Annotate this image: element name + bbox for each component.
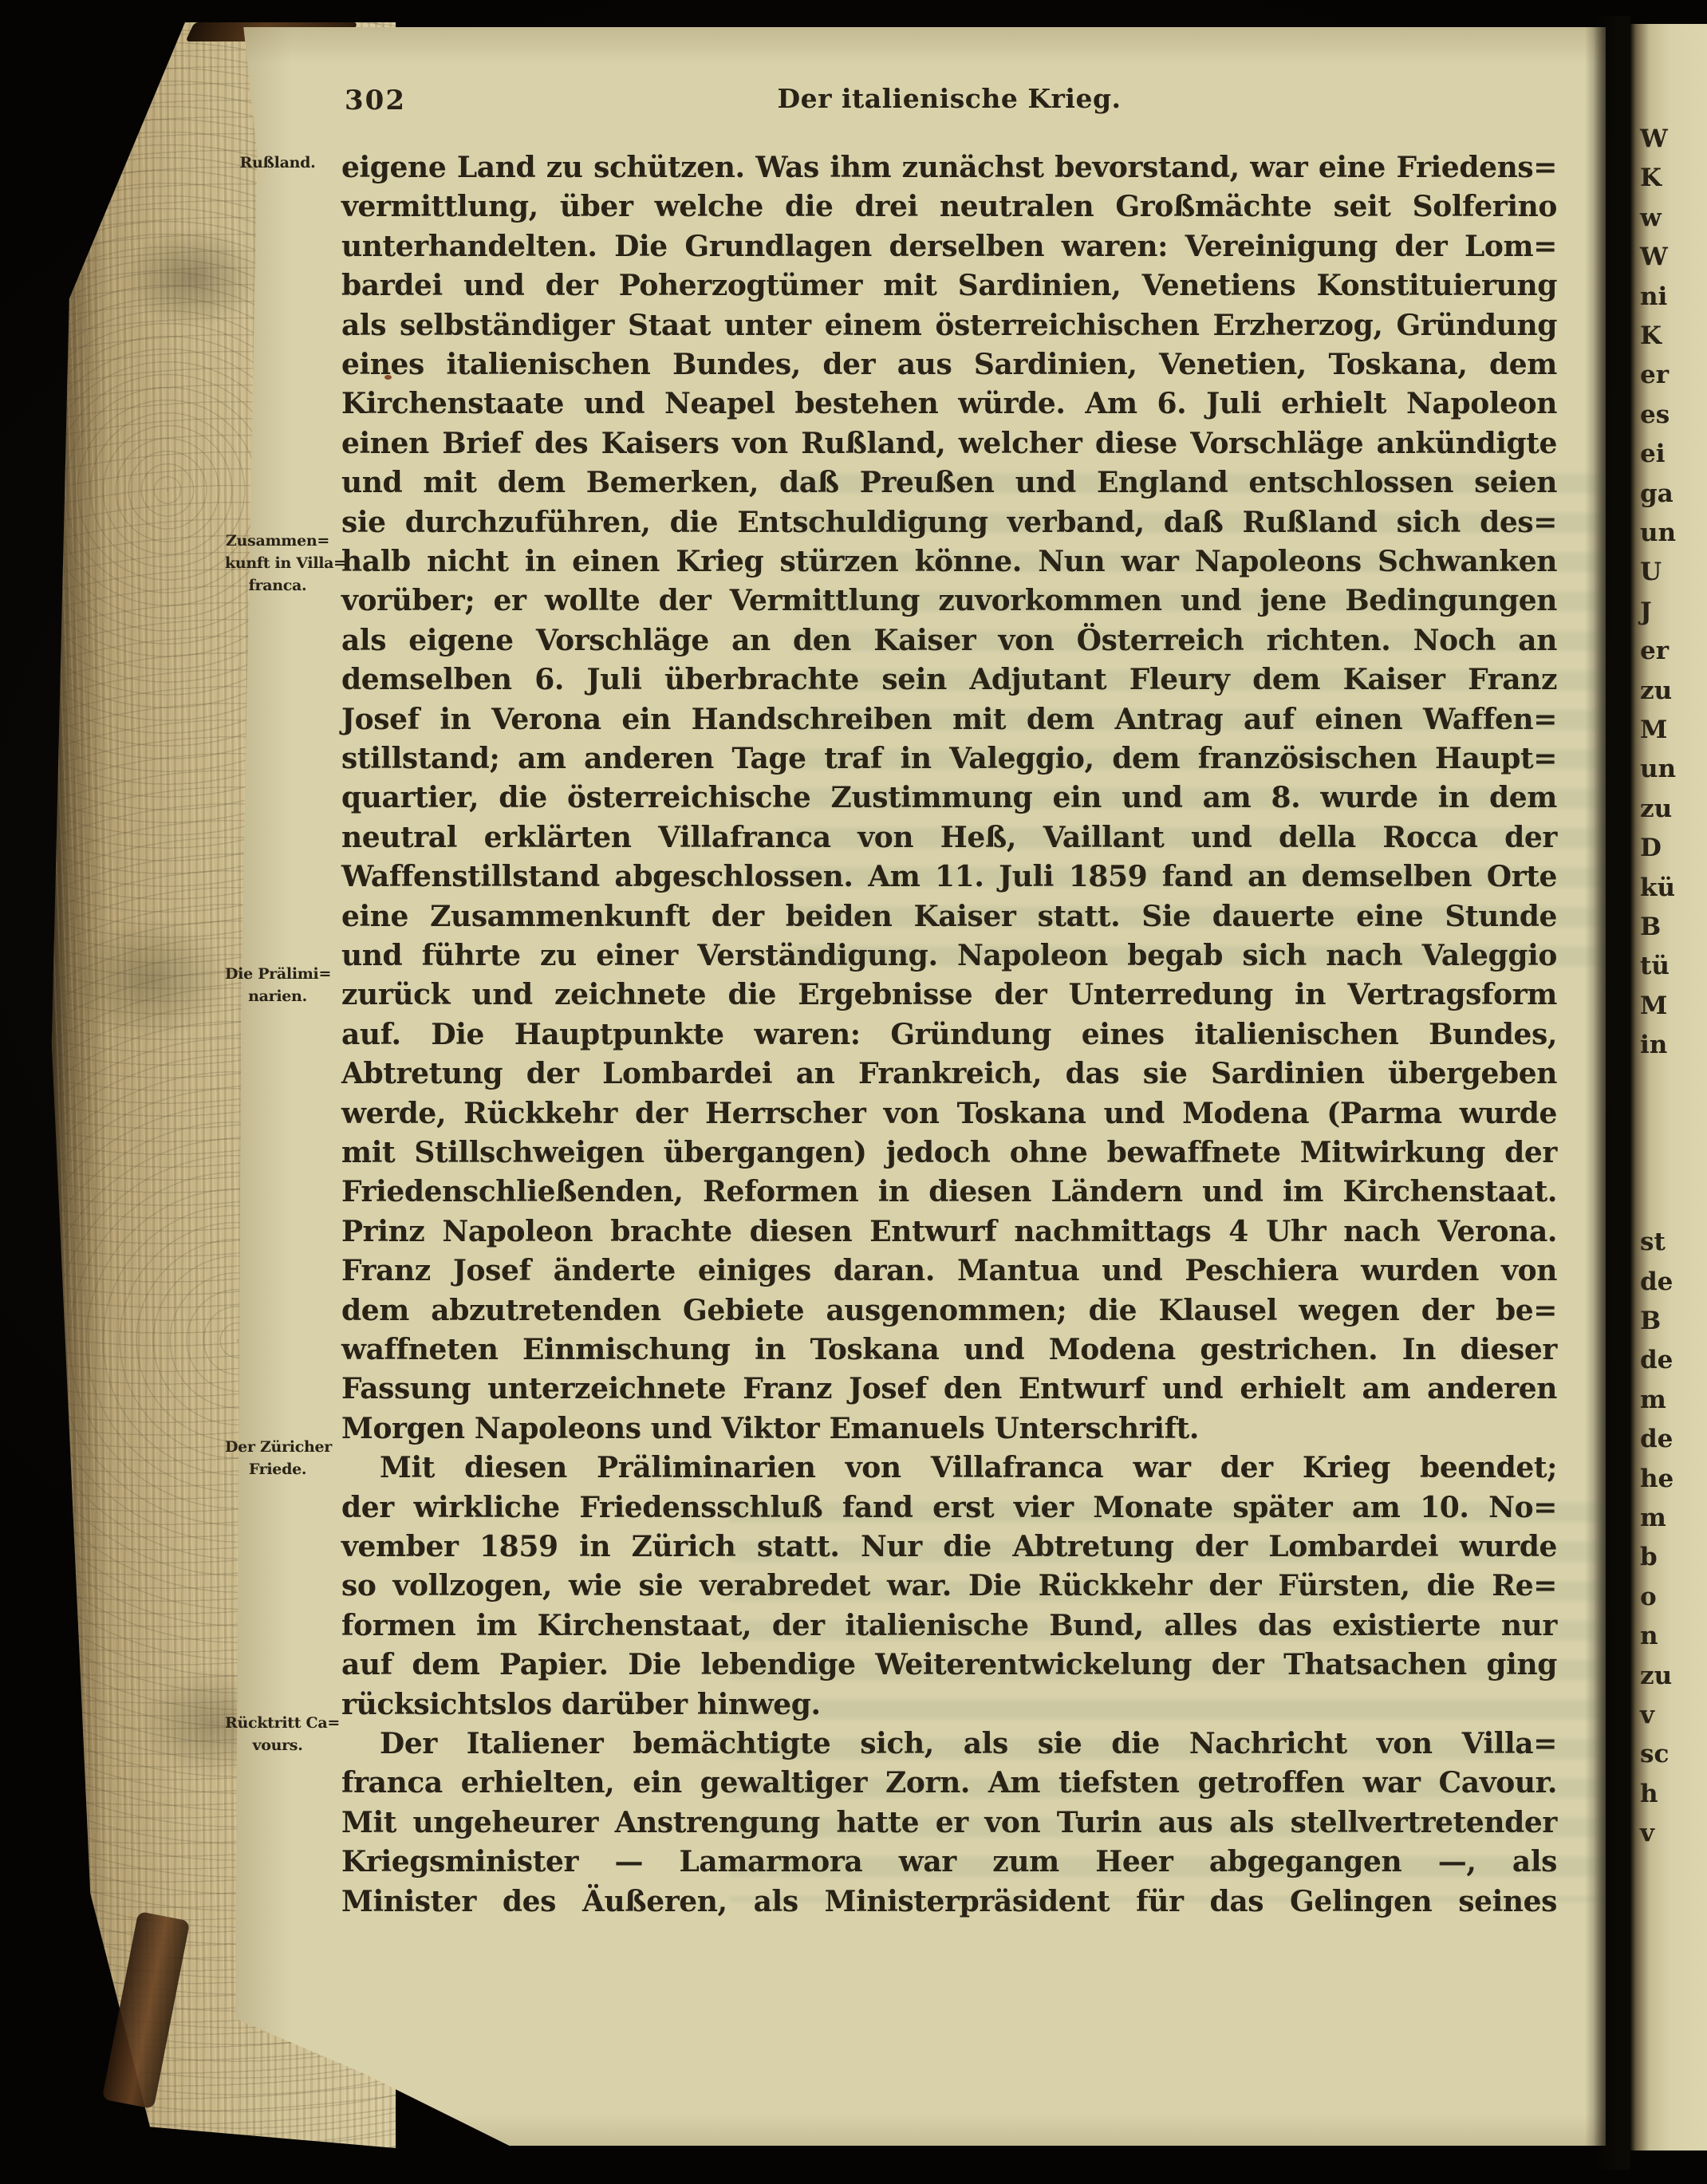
body-line: dem abzutretenden Gebiete ausgenommen; d… — [341, 1291, 1557, 1331]
body-line: Der Italiener bemächtigte sich, als sie … — [341, 1725, 1557, 1764]
facing-line-fragment: B — [1640, 908, 1661, 947]
body-line: halb nicht in einen Krieg stürzen könne.… — [341, 542, 1557, 581]
body-line: quartier, die österreichische Zustimmung… — [341, 779, 1557, 818]
margin-note: Rußland. — [225, 152, 330, 174]
body-line: vorüber; er wollte der Vermittlung zuvor… — [341, 581, 1557, 621]
facing-line-fragment: zu — [1640, 1657, 1672, 1696]
book-scan: 302 Der italienische Krieg. Rußland.Zusa… — [0, 0, 1707, 2184]
body-line: so vollzogen, wie sie verabredet war. Di… — [341, 1567, 1557, 1606]
body-line: der wirkliche Friedensschluß fand erst v… — [341, 1488, 1557, 1528]
body-line: Franz Josef änderte einiges daran. Mantu… — [341, 1252, 1557, 1291]
facing-line-fragment: J — [1640, 593, 1652, 632]
facing-line-fragment: U — [1640, 553, 1662, 592]
margin-note: Die Prälimi=narien. — [225, 963, 330, 1007]
facing-line-fragment: W — [1640, 120, 1668, 159]
facing-line-fragment: de — [1640, 1341, 1673, 1380]
facing-line-fragment: m — [1640, 1499, 1666, 1538]
facing-line-fragment: kü — [1640, 869, 1675, 908]
facing-line-fragment: K — [1640, 159, 1662, 198]
margin-note: Rücktritt Ca=vours. — [225, 1712, 330, 1756]
facing-line-fragment: n — [1640, 1617, 1658, 1656]
body-line: Prinz Napoleon brachte diesen Entwurf na… — [341, 1212, 1557, 1252]
margin-note: Der ZüricherFriede. — [225, 1436, 330, 1480]
body-line: demselben 6. Juli überbrachte sein Adjut… — [341, 660, 1557, 700]
body-line: zurück und zeichnete die Ergebnisse der … — [341, 976, 1557, 1015]
facing-line-fragment: o — [1640, 1578, 1657, 1617]
body-line: als selbständiger Staat unter einem öste… — [341, 306, 1557, 345]
facing-line-fragment: D — [1640, 829, 1662, 868]
facing-line-fragment: tü — [1640, 947, 1670, 986]
margin-notes: Rußland.Zusammen=kunft in Villa=franca.D… — [225, 0, 335, 2184]
facing-page-sliver: WKwWniKereseigaunUJerzuMunzuDküBtüMinstd… — [1630, 24, 1707, 2150]
facing-line-fragment: K — [1640, 317, 1662, 356]
body-line: bardei und der Poherzogtümer mit Sardini… — [341, 266, 1557, 306]
facing-line-fragment: W — [1640, 238, 1668, 277]
body-text: eigene Land zu schützen. Was ihm zunächs… — [341, 0, 1557, 2184]
facing-line-fragment: M — [1640, 711, 1667, 750]
body-line: Morgen Napoleons und Viktor Emanuels Unt… — [341, 1409, 1557, 1449]
facing-line-fragment: b — [1640, 1538, 1658, 1577]
facing-line-fragment: un — [1640, 514, 1676, 553]
body-line: auf. Die Hauptpunkte waren: Gründung ein… — [341, 1015, 1557, 1055]
facing-line-fragment: in — [1640, 1026, 1667, 1065]
body-line: Friedenschließenden, Reformen in diesen … — [341, 1173, 1557, 1212]
body-line: Mit ungeheurer Anstrengung hatte er von … — [341, 1804, 1557, 1843]
facing-line-fragment: ni — [1640, 278, 1667, 317]
facing-line-fragment: un — [1640, 750, 1676, 789]
body-line: Mit diesen Präliminarien von Villafranca… — [341, 1449, 1557, 1488]
facing-line-fragment: de — [1640, 1420, 1673, 1459]
facing-line-fragment: h — [1640, 1775, 1658, 1814]
body-line: und mit dem Bemerken, daß Preußen und En… — [341, 463, 1557, 503]
body-line: neutral erklärten Villafranca von Heß, V… — [341, 818, 1557, 857]
facing-line-fragment: ga — [1640, 475, 1673, 514]
facing-line-fragment: v — [1640, 1814, 1654, 1853]
body-line: als eigene Vorschläge an den Kaiser von … — [341, 621, 1557, 660]
body-line: franca erhielten, ein gewaltiger Zorn. A… — [341, 1764, 1557, 1803]
gutter-shadow — [1594, 16, 1630, 2170]
body-line: eines italienischen Bundes, der aus Sard… — [341, 345, 1557, 384]
facing-line-fragment: w — [1640, 199, 1662, 238]
facing-line-fragment: M — [1640, 987, 1667, 1026]
facing-line-fragment: zu — [1640, 790, 1672, 829]
body-line: Kirchenstaate und Neapel bestehen würde.… — [341, 384, 1557, 424]
body-line: unterhandelten. Die Grundlagen derselben… — [341, 227, 1557, 266]
facing-line-fragment: st — [1640, 1223, 1666, 1262]
body-line: werde, Rückkehr der Herrscher von Toskan… — [341, 1094, 1557, 1133]
body-line: vember 1859 in Zürich statt. Nur die Abt… — [341, 1528, 1557, 1567]
body-line: eigene Land zu schützen. Was ihm zunächs… — [341, 148, 1557, 187]
facing-line-fragment: er — [1640, 632, 1669, 671]
facing-line-fragment: ei — [1640, 435, 1666, 474]
facing-line-fragment: es — [1640, 396, 1670, 435]
facing-line-fragment: B — [1640, 1302, 1661, 1341]
body-line: Josef in Verona ein Handschreiben mit de… — [341, 700, 1557, 739]
body-line: und führte zu einer Verständigung. Napol… — [341, 936, 1557, 976]
facing-line-fragment: he — [1640, 1460, 1673, 1499]
body-line: Abtretung der Lombardei an Frankreich, d… — [341, 1055, 1557, 1094]
facing-line-fragment: v — [1640, 1696, 1654, 1735]
body-line: eine Zusammenkunft der beiden Kaiser sta… — [341, 897, 1557, 936]
facing-line-fragment: de — [1640, 1263, 1673, 1302]
facing-line-fragment: m — [1640, 1381, 1666, 1420]
body-line: waffneten Einmischung in Toskana und Mod… — [341, 1331, 1557, 1370]
body-line: Kriegsminister — Lamarmora war zum Heer … — [341, 1843, 1557, 1882]
body-line: einen Brief des Kaisers von Rußland, wel… — [341, 424, 1557, 463]
body-line: Minister des Äußeren, als Ministerpräsid… — [341, 1882, 1557, 1922]
body-line: mit Stillschweigen übergangen) jedoch oh… — [341, 1133, 1557, 1173]
body-line: rücksichtslos darüber hinweg. — [341, 1685, 1557, 1725]
body-line: stillstand; am anderen Tage traf in Vale… — [341, 739, 1557, 779]
margin-note: Zusammen=kunft in Villa=franca. — [225, 530, 330, 597]
body-line: Fassung unterzeichnete Franz Josef den E… — [341, 1370, 1557, 1409]
facing-line-fragment: zu — [1640, 672, 1672, 711]
body-line: auf dem Papier. Die lebendige Weiterentw… — [341, 1646, 1557, 1685]
facing-line-fragment: sc — [1640, 1735, 1669, 1774]
body-line: Waffenstillstand abgeschlossen. Am 11. J… — [341, 857, 1557, 897]
facing-line-fragment: er — [1640, 356, 1669, 395]
body-line: vermittlung, über welche die drei neutra… — [341, 187, 1557, 227]
body-line: formen im Kirchenstaat, der italienische… — [341, 1606, 1557, 1646]
body-line: sie durchzuführen, die Entschuldigung ve… — [341, 503, 1557, 542]
facing-fragments: WKwWniKereseigaunUJerzuMunzuDküBtüMinstd… — [1630, 24, 1707, 2150]
